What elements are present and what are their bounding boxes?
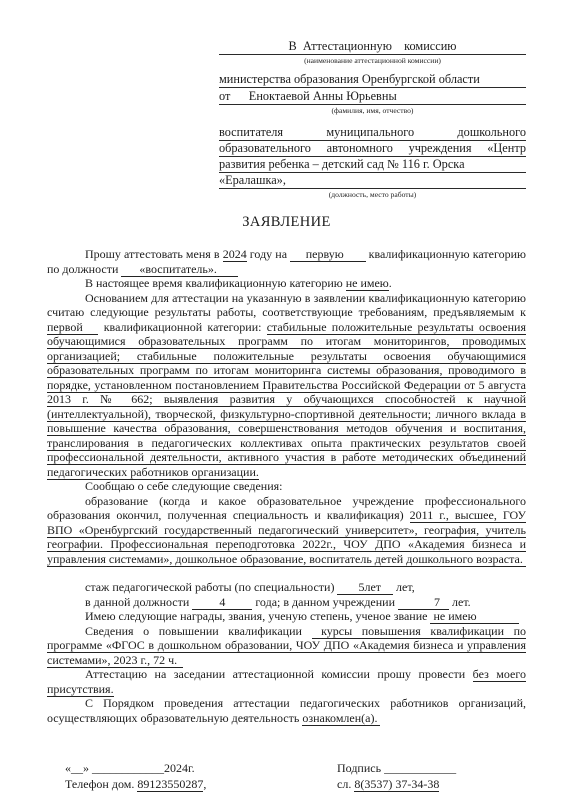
document-page: В Аттестационную комиссию (наименование … bbox=[0, 0, 566, 792]
position-line: развития ребенка – детский сад № 116 г. … bbox=[219, 157, 526, 173]
ministry-line: министерства образования Оренбургской об… bbox=[219, 71, 526, 88]
commission-caption: (наименование аттестационной комиссии) bbox=[219, 56, 526, 66]
work-phone-line: сл. 8(3537) 37-34-38 bbox=[337, 777, 526, 793]
footer-right-column: Подпись ____________ сл. 8(3537) 37-34-3… bbox=[337, 761, 526, 792]
commission-line: В Аттестационную комиссию bbox=[219, 38, 526, 55]
document-title: ЗАЯВЛЕНИЕ bbox=[47, 214, 526, 231]
paragraph-attendance: Аттестацию на заседании аттестационной к… bbox=[47, 667, 526, 696]
addressee-block: В Аттестационную комиссию (наименование … bbox=[219, 38, 526, 200]
position-line: «Ералашка», bbox=[219, 173, 526, 189]
position-line: воспитателя муниципального дошкольного bbox=[219, 125, 526, 141]
position-caption: (должность, место работы) bbox=[219, 190, 526, 200]
date-line: «__» ____________2024г. bbox=[65, 761, 337, 777]
paragraph-acknowledgement: С Порядком проведения аттестации педагог… bbox=[47, 696, 526, 725]
footer: «__» ____________2024г. Телефон дом. 891… bbox=[47, 761, 526, 792]
paragraph-grounds: Основанием для аттестации на указанную в… bbox=[47, 291, 526, 480]
paragraph-experience: стаж педагогической работы (по специальн… bbox=[47, 580, 526, 595]
paragraph-request: Прошу аттестовать меня в 2024 году на пе… bbox=[47, 247, 526, 276]
signature-line: Подпись ____________ bbox=[337, 761, 526, 777]
applicant-name-line: от Еноктаевой Анны Юрьевны bbox=[219, 88, 526, 105]
paragraph-education: образование (когда и какое образовательн… bbox=[47, 494, 526, 567]
footer-left-column: «__» ____________2024г. Телефон дом. 891… bbox=[65, 761, 337, 792]
position-line: образовательного автономного учреждения … bbox=[219, 141, 526, 157]
paragraph-info-intro: Сообщаю о себе следующие сведения: bbox=[47, 479, 526, 494]
home-phone-line: Телефон дом. 89123550287, bbox=[65, 777, 337, 793]
name-caption: (фамилия, имя, отчество) bbox=[219, 106, 526, 116]
paragraph-position-years: в данной должности 4 года; в данном учре… bbox=[47, 595, 526, 610]
paragraph-training: Сведения о повышении квалификации курсы … bbox=[47, 624, 526, 668]
paragraph-awards: Имею следующие награды, звания, ученую с… bbox=[47, 609, 526, 624]
paragraph-current-category: В настоящее время квалификационную катег… bbox=[47, 276, 526, 291]
